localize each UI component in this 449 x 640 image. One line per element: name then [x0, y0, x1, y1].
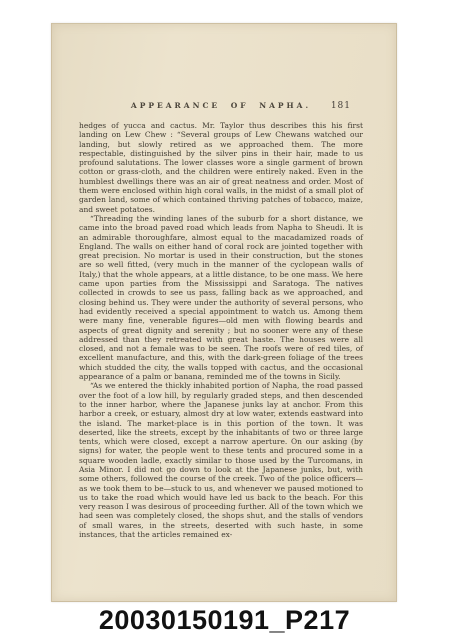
page-number: 181 — [331, 101, 351, 111]
paragraph-threading-lanes: “Threading the winding lanes of the subu… — [79, 214, 363, 381]
paragraph-entering-napha: “As we entered the thickly inhabited por… — [79, 381, 363, 539]
catalog-id-label: 20030150191_P217 — [0, 603, 449, 637]
paragraph-continued: hedges of yucca and cactus. Mr. Taylor t… — [79, 121, 363, 214]
scan-viewer: APPEARANCE OF NAPHA. 181 hedges of yucca… — [0, 0, 449, 640]
scanned-book-page: APPEARANCE OF NAPHA. 181 hedges of yucca… — [51, 23, 397, 602]
running-header: APPEARANCE OF NAPHA. — [79, 101, 363, 111]
page-body: hedges of yucca and cactus. Mr. Taylor t… — [79, 121, 363, 539]
page-text-block: APPEARANCE OF NAPHA. 181 hedges of yucca… — [79, 101, 363, 539]
page-header: APPEARANCE OF NAPHA. 181 — [79, 101, 363, 111]
